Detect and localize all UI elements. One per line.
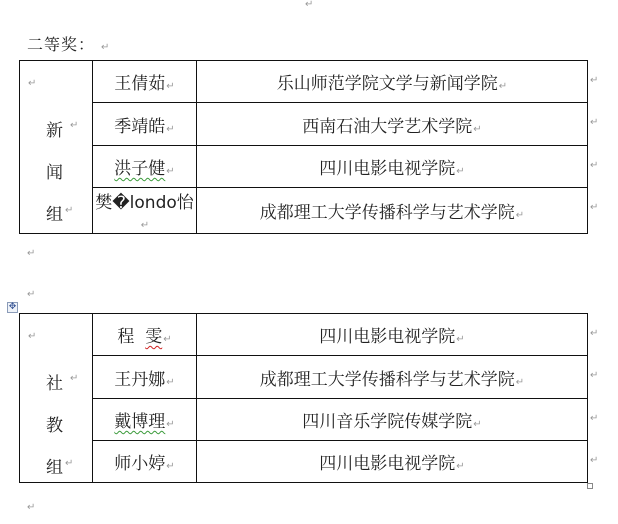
school-cell[interactable]: 四川电影电视学院↵ [197,441,588,483]
school-name: 乐山师范学院文学与新闻学院 [277,74,498,94]
school-name: 四川电影电视学院 [319,327,455,347]
name-cell[interactable]: 程 雯↵ [93,314,197,356]
school-cell[interactable]: 成都理工大学传播科学与艺术学院↵ [197,188,588,234]
name-cell[interactable]: 洪子健↵ [93,146,197,188]
winner-name: 樊�londo怡 [95,193,194,213]
heading-text: 二等奖： [27,35,95,54]
table-row: 王丹娜↵ 成都理工大学传播科学与艺术学院↵ [20,356,588,399]
winner-name: 王丹娜 [114,370,165,390]
paragraph-mark: ↵ [28,79,36,89]
paragraph-mark: ↵ [163,334,171,345]
name-cell[interactable]: 王丹娜↵ [93,356,197,399]
school-name: 四川音乐学院传媒学院 [302,412,472,432]
school-cell[interactable]: 四川电影电视学院↵ [197,314,588,356]
paragraph-mark: ↵ [166,419,174,430]
school-cell[interactable]: 西南石油大学艺术学院↵ [197,103,588,146]
paragraph-mark: ↵ [473,419,481,430]
name-given: 雯 [145,327,162,347]
paragraph-mark: ↵ [516,210,524,221]
row-end-mark: ↵ [590,371,598,381]
school-cell[interactable]: 四川电影电视学院↵ [197,146,588,188]
school-name: 成都理工大学传播科学与艺术学院 [260,370,515,390]
paragraph-mark: ↵ [65,459,73,469]
row-end-mark: ↵ [590,329,598,339]
school-name: 四川电影电视学院 [319,454,455,474]
school-name: 西南石油大学艺术学院 [302,117,472,137]
paragraph-mark: ↵ [166,124,174,135]
paragraph-mark: ↵ [101,42,110,53]
winner-name: 程 雯 [117,327,162,347]
group-char: 组 [46,200,63,225]
name-cell[interactable]: 戴博理↵ [93,399,197,441]
name-surname: 程 [117,327,134,347]
school-cell[interactable]: 四川音乐学院传媒学院↵ [197,399,588,441]
table-move-handle-icon[interactable]: ✥ [7,302,18,313]
table-row: 季靖皓↵ 西南石油大学艺术学院↵ [20,103,588,146]
row-end-mark: ↵ [590,414,598,424]
group-char: 教 [46,411,63,436]
table-row: 师小婷↵ 四川电影电视学院↵ [20,441,588,483]
group-cell-social-education[interactable]: ↵ 社 ↵ 教 组 ↵ [20,314,93,483]
school-cell[interactable]: 成都理工大学传播科学与艺术学院↵ [197,356,588,399]
group-char: 闻 [46,158,63,183]
school-name: 成都理工大学传播科学与艺术学院 [260,203,515,223]
paragraph-mark: ↵ [456,334,464,345]
paragraph-mark: ↵ [27,249,35,259]
paragraph-mark: ↵ [499,81,507,92]
name-cell[interactable]: 樊�londo怡↵ [93,188,197,234]
paragraph-mark: ↵ [516,377,524,388]
table-row: 樊�londo怡↵ 成都理工大学传播科学与艺术学院↵ [20,188,588,234]
paragraph-mark: ↵ [166,81,174,92]
paragraph-mark: ↵ [28,332,36,342]
winner-name: 王倩茹 [114,74,165,94]
school-name: 四川电影电视学院 [319,159,455,179]
winner-name: 师小婷 [114,454,165,474]
paragraph-mark: ↵ [473,124,481,135]
table-row: ↵ 社 ↵ 教 组 ↵ 程 雯↵ 四川电影电视学院↵ [20,314,588,356]
paragraph-mark: ↵ [166,166,174,177]
award-heading: 二等奖：↵ [27,32,110,55]
paragraph-mark: ↵ [27,503,35,513]
row-end-mark: ↵ [590,118,598,128]
group-char: 新 [46,116,63,141]
table-row: ↵ 新 ↵ 闻 组 ↵ 王倩茹↵ 乐山师范学院文学与新闻学院↵ [20,61,588,103]
name-cell[interactable]: 师小婷↵ [93,441,197,483]
winner-name: 戴博理 [114,412,165,432]
group-char: 社 [46,369,63,394]
table-resize-handle-icon[interactable] [587,483,593,489]
name-cell[interactable]: 王倩茹↵ [93,61,197,103]
paragraph-mark: ↵ [456,166,464,177]
paragraph-mark: ↵ [27,290,35,300]
row-end-mark: ↵ [590,161,598,171]
paragraph-mark: ↵ [141,220,149,231]
paragraph-mark: ↵ [166,377,174,388]
paragraph-mark: ↵ [305,0,313,10]
paragraph-mark: ↵ [166,461,174,472]
name-cell[interactable]: 季靖皓↵ [93,103,197,146]
winner-name: 季靖皓 [114,117,165,137]
paragraph-mark: ↵ [456,461,464,472]
row-end-mark: ↵ [590,203,598,213]
paragraph-mark: ↵ [70,121,78,131]
table-row: 戴博理↵ 四川音乐学院传媒学院↵ [20,399,588,441]
paragraph-mark: ↵ [70,374,78,384]
social-education-group-table[interactable]: ↵ 社 ↵ 教 组 ↵ 程 雯↵ 四川电影电视学院↵ 王丹娜↵ 成都理工大学传播… [19,313,588,483]
group-char: 组 [46,453,63,478]
winner-name: 洪子健 [114,159,165,179]
row-end-mark: ↵ [590,76,598,86]
row-end-mark: ↵ [590,456,598,466]
paragraph-mark: ↵ [65,206,73,216]
news-group-table[interactable]: ↵ 新 ↵ 闻 组 ↵ 王倩茹↵ 乐山师范学院文学与新闻学院↵ 季靖皓↵ 西南石… [19,60,588,234]
school-cell[interactable]: 乐山师范学院文学与新闻学院↵ [197,61,588,103]
table-row: 洪子健↵ 四川电影电视学院↵ [20,146,588,188]
group-cell-news[interactable]: ↵ 新 ↵ 闻 组 ↵ [20,61,93,234]
